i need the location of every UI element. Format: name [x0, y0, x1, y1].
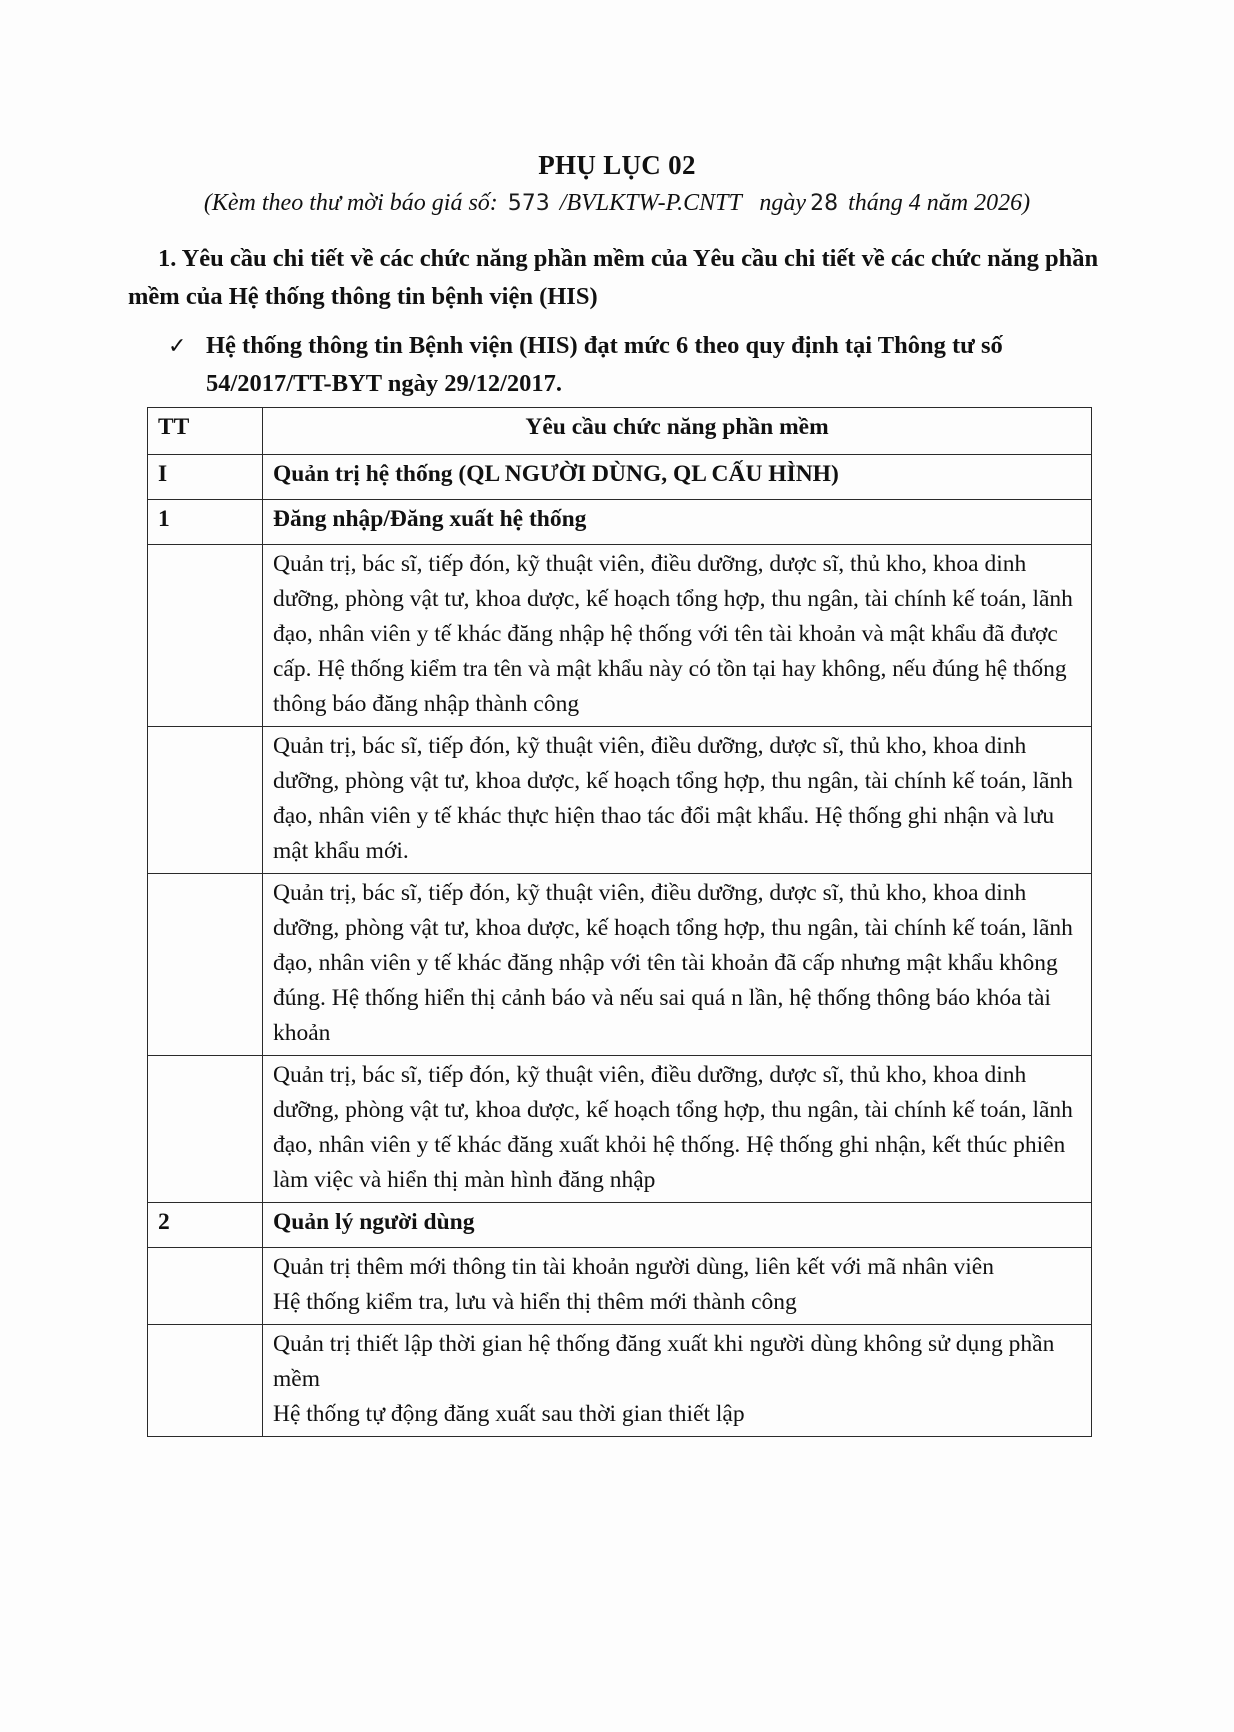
- appendix-subtitle: (Kèm theo thư mời báo giá số: 573 /BVLKT…: [0, 190, 1234, 217]
- header-requirement: Yêu cầu chức năng phần mềm: [263, 408, 1092, 455]
- cell-requirement: Quản trị hệ thống (QL NGƯỜI DÙNG, QL CẤU…: [263, 455, 1092, 500]
- section-heading: 1. Yêu cầu chi tiết về các chức năng phầ…: [128, 240, 1100, 316]
- document-page: PHỤ LỤC 02 (Kèm theo thư mời báo giá số:…: [0, 0, 1234, 1732]
- cell-tt: [148, 874, 263, 1056]
- table-row: Quản trị, bác sĩ, tiếp đón, kỹ thuật viê…: [148, 1056, 1092, 1203]
- bullet-item: ✓ Hệ thống thông tin Bệnh viện (HIS) đạt…: [168, 327, 1098, 403]
- requirement-text: Quản trị, bác sĩ, tiếp đón, kỹ thuật viê…: [273, 547, 1081, 722]
- cell-tt: [148, 1248, 263, 1325]
- cell-requirement: Quản lý người dùng: [263, 1203, 1092, 1248]
- cell-requirement: Quản trị, bác sĩ, tiếp đón, kỹ thuật viê…: [263, 1056, 1092, 1203]
- requirements-table: TT Yêu cầu chức năng phần mềm IQuản trị …: [147, 407, 1092, 1437]
- cell-requirement: Quản trị, bác sĩ, tiếp đón, kỹ thuật viê…: [263, 545, 1092, 727]
- table-body: IQuản trị hệ thống (QL NGƯỜI DÙNG, QL CẤ…: [148, 455, 1092, 1437]
- table-row: Quản trị, bác sĩ, tiếp đón, kỹ thuật viê…: [148, 874, 1092, 1056]
- handwritten-number: 573: [508, 191, 550, 216]
- checkmark-icon: ✓: [168, 327, 186, 365]
- requirement-text: Quản trị, bác sĩ, tiếp đón, kỹ thuật viê…: [273, 729, 1081, 869]
- table-group-row: IQuản trị hệ thống (QL NGƯỜI DÙNG, QL CẤ…: [148, 455, 1092, 500]
- cell-tt: [148, 1056, 263, 1203]
- table-group-row: 2Quản lý người dùng: [148, 1203, 1092, 1248]
- requirement-text: Hệ thống kiểm tra, lưu và hiển thị thêm …: [273, 1285, 1081, 1320]
- table-row: Quản trị thiết lập thời gian hệ thống đă…: [148, 1325, 1092, 1437]
- table-row: Quản trị, bác sĩ, tiếp đón, kỹ thuật viê…: [148, 727, 1092, 874]
- cell-tt: 2: [148, 1203, 263, 1248]
- cell-tt: [148, 727, 263, 874]
- cell-requirement: Đăng nhập/Đăng xuất hệ thống: [263, 500, 1092, 545]
- table-row: Quản trị thêm mới thông tin tài khoản ng…: [148, 1248, 1092, 1325]
- handwritten-day: 28: [810, 191, 838, 216]
- requirement-text: Quản trị thêm mới thông tin tài khoản ng…: [273, 1250, 1081, 1285]
- requirement-text: Quản trị, bác sĩ, tiếp đón, kỹ thuật viê…: [273, 1058, 1081, 1198]
- cell-requirement: Quản trị, bác sĩ, tiếp đón, kỹ thuật viê…: [263, 874, 1092, 1056]
- subtitle-reference: /BVLKTW-P.CNTT: [560, 190, 742, 216]
- requirement-text: Quản trị hệ thống (QL NGƯỜI DÙNG, QL CẤU…: [273, 457, 1081, 492]
- cell-requirement: Quản trị thiết lập thời gian hệ thống đă…: [263, 1325, 1092, 1437]
- cell-tt: 1: [148, 500, 263, 545]
- requirement-text: Quản trị, bác sĩ, tiếp đón, kỹ thuật viê…: [273, 876, 1081, 1051]
- requirement-text: Đăng nhập/Đăng xuất hệ thống: [273, 502, 1081, 537]
- header-tt: TT: [148, 408, 263, 455]
- table-group-row: 1Đăng nhập/Đăng xuất hệ thống: [148, 500, 1092, 545]
- subtitle-date-suffix: tháng 4 năm 2026): [848, 190, 1030, 216]
- cell-tt: I: [148, 455, 263, 500]
- requirement-text: Quản trị thiết lập thời gian hệ thống đă…: [273, 1327, 1081, 1397]
- table-row: Quản trị, bác sĩ, tiếp đón, kỹ thuật viê…: [148, 545, 1092, 727]
- cell-requirement: Quản trị, bác sĩ, tiếp đón, kỹ thuật viê…: [263, 727, 1092, 874]
- cell-tt: [148, 545, 263, 727]
- bullet-text: Hệ thống thông tin Bệnh viện (HIS) đạt m…: [206, 332, 1003, 397]
- appendix-title: PHỤ LỤC 02: [0, 150, 1234, 181]
- subtitle-prefix: (Kèm theo thư mời báo giá số:: [204, 190, 498, 216]
- cell-tt: [148, 1325, 263, 1437]
- subtitle-day-prefix: ngày: [759, 190, 806, 216]
- requirement-text: Hệ thống tự động đăng xuất sau thời gian…: [273, 1397, 1081, 1432]
- table-header-row: TT Yêu cầu chức năng phần mềm: [148, 408, 1092, 455]
- requirement-text: Quản lý người dùng: [273, 1205, 1081, 1240]
- cell-requirement: Quản trị thêm mới thông tin tài khoản ng…: [263, 1248, 1092, 1325]
